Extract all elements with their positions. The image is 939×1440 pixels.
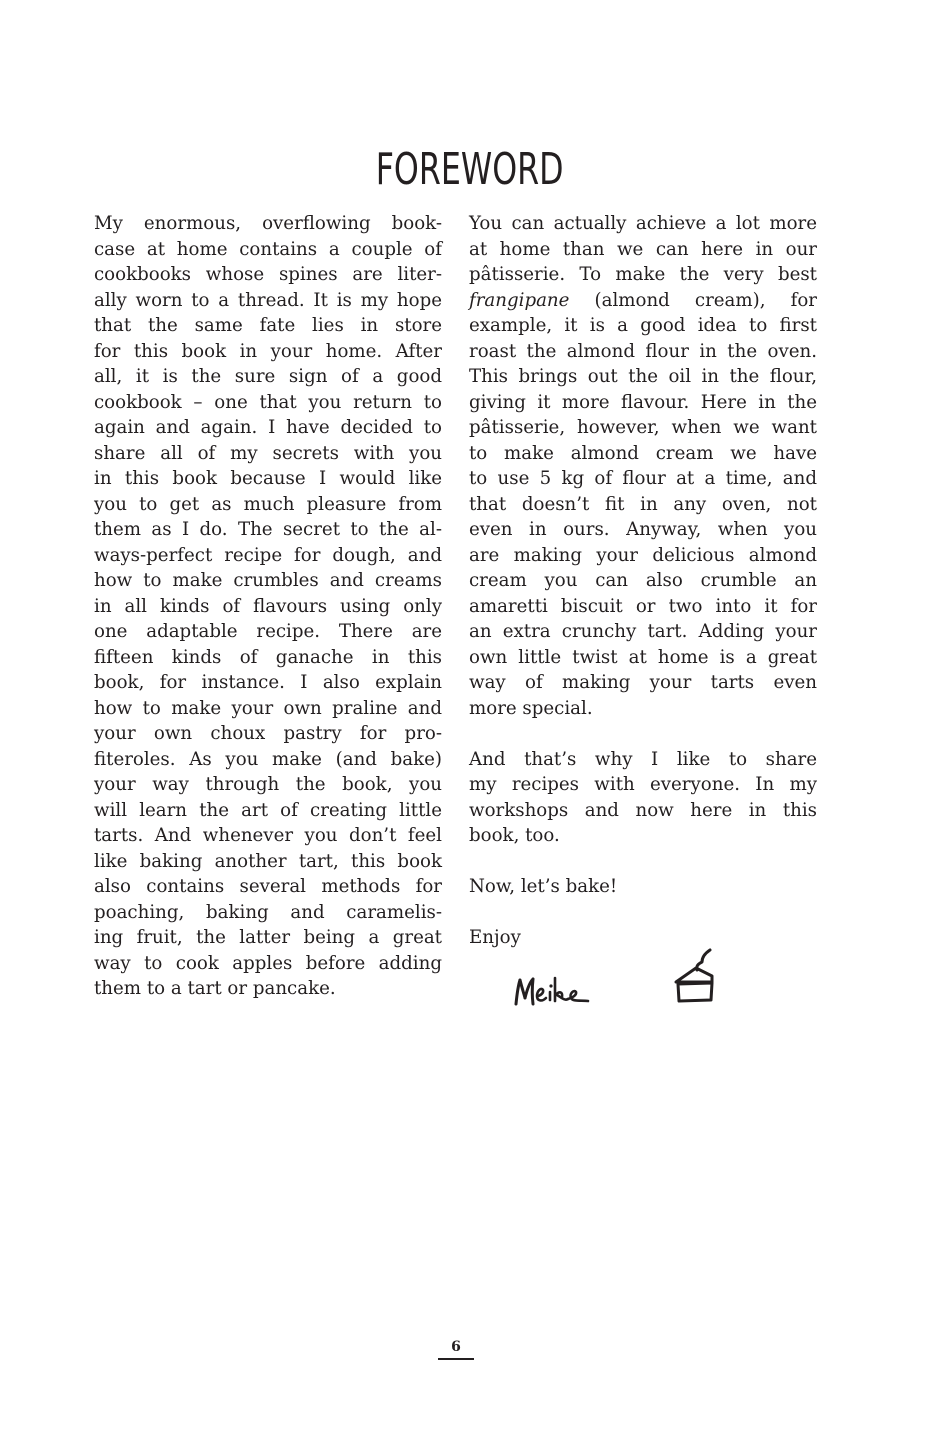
- paragraph-gap: [469, 721, 817, 747]
- text-line: case at home contains a couple of: [94, 237, 442, 263]
- foreword-paragraph-2: You can actually achieve a lot more at h…: [469, 211, 817, 721]
- text-line: like baking another tart, this book: [94, 849, 442, 875]
- foreword-paragraph-3: And that’s why I like to share my recipe…: [469, 747, 817, 849]
- text-line: pâtisserie, however, when we want: [469, 415, 817, 441]
- text-line: own little twist at home is a great: [469, 645, 817, 671]
- text-line: them to a tart or pancake.: [94, 976, 442, 1002]
- text-line: your own choux pastry for pro-: [94, 721, 442, 747]
- text-line: cookbooks whose spines are liter-: [94, 262, 442, 288]
- text-line: ing fruit, the latter being a great: [94, 925, 442, 951]
- text-line: how to make your own praline and: [94, 696, 442, 722]
- text-line: amaretti biscuit or two into it for: [469, 594, 817, 620]
- text-line: also contains several methods for: [94, 874, 442, 900]
- page-number: 6: [438, 1338, 474, 1356]
- text-line: tarts. And whenever you don’t feel: [94, 823, 442, 849]
- text-line: pâtisserie. To make the very best: [469, 262, 817, 288]
- text-line: This brings out the oil in the flour,: [469, 364, 817, 390]
- text-line: ally worn to a thread. It is my hope: [94, 288, 442, 314]
- text-line: giving it more flavour. Here in the: [469, 390, 817, 416]
- text-line: in all kinds of flavours using only: [94, 594, 442, 620]
- text-line: way to cook apples before adding: [94, 951, 442, 977]
- text-fragment: (almond cream), for: [569, 290, 817, 311]
- text-line: that the same fate lies in store: [94, 313, 442, 339]
- paragraph-gap: [469, 900, 817, 926]
- text-line: that doesn’t fit in any oven, not: [469, 492, 817, 518]
- text-line: And that’s why I like to share: [469, 747, 817, 773]
- text-line: fiteroles. As you make (and bake): [94, 747, 442, 773]
- text-line: again and again. I have decided to: [94, 415, 442, 441]
- text-line: are making your delicious almond: [469, 543, 817, 569]
- text-line: You can actually achieve a lot more: [469, 211, 817, 237]
- text-line: your way through the book, you: [94, 772, 442, 798]
- text-line: cookbook – one that you return to: [94, 390, 442, 416]
- text-line: them as I do. The secret to the al-: [94, 517, 442, 543]
- text-line: one adaptable recipe. There are: [94, 619, 442, 645]
- text-line: share all of my secrets with you: [94, 441, 442, 467]
- paragraph-gap: [469, 849, 817, 875]
- foreword-right-column: You can actually achieve a lot more at h…: [469, 211, 817, 951]
- text-line: ways-perfect recipe for dough, and: [94, 543, 442, 569]
- text-line: how to make crumbles and creams: [94, 568, 442, 594]
- text-line: cream you can also crumble an: [469, 568, 817, 594]
- text-line: all, it is the sure sign of a good: [94, 364, 442, 390]
- text-line: Now, let’s bake!: [469, 874, 817, 900]
- text-line: book, too.: [469, 823, 817, 849]
- text-line: for this book in your home. After: [94, 339, 442, 365]
- text-line: an extra crunchy tart. Adding your: [469, 619, 817, 645]
- text-line: at home than we can here in our: [469, 237, 817, 263]
- text-line: will learn the art of creating little: [94, 798, 442, 824]
- text-line: workshops and now here in this: [469, 798, 817, 824]
- foreword-paragraph-1: My enormous, overflowing book- case at h…: [94, 211, 442, 1002]
- text-line: in this book because I would like: [94, 466, 442, 492]
- foreword-left-column: My enormous, overflowing book- case at h…: [94, 211, 442, 1002]
- text-line: fifteen kinds of ganache in this: [94, 645, 442, 671]
- text-line: example, it is a good idea to first: [469, 313, 817, 339]
- italic-term-frangipane: frangipane: [469, 290, 569, 311]
- page-title: FOREWORD: [132, 142, 808, 198]
- text-line: way of making your tarts even: [469, 670, 817, 696]
- text-line: to make almond cream we have: [469, 441, 817, 467]
- handwritten-signature-meike: [510, 966, 610, 1010]
- text-line: My enormous, overflowing book-: [94, 211, 442, 237]
- closing-line: Now, let’s bake!: [469, 874, 817, 900]
- signature-block: [510, 946, 740, 1010]
- text-line-with-italic: frangipane (almond cream), for: [469, 288, 817, 314]
- text-line: book, for instance. I also explain: [94, 670, 442, 696]
- page-number-rule: [438, 1358, 474, 1360]
- text-line: poaching, baking and caramelis-: [94, 900, 442, 926]
- text-line: my recipes with everyone. In my: [469, 772, 817, 798]
- text-line: roast the almond flour in the oven.: [469, 339, 817, 365]
- text-line: to use 5 kg of flour at a time, and: [469, 466, 817, 492]
- text-line: more special.: [469, 696, 817, 722]
- text-line: even in ours. Anyway, when you: [469, 517, 817, 543]
- cake-slice-icon: [672, 946, 720, 1008]
- text-line: you to get as much pleasure from: [94, 492, 442, 518]
